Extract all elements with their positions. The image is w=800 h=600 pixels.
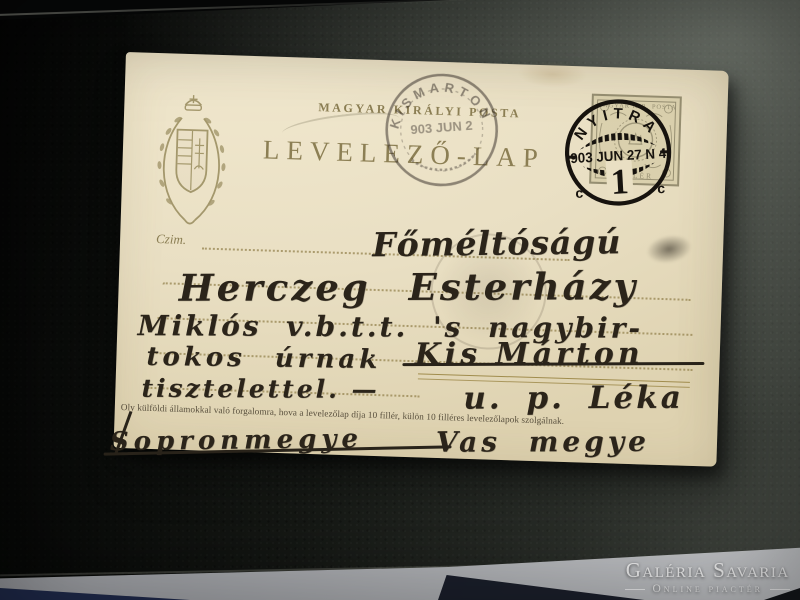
handwritten-closing: tisztelettel. —: [141, 374, 379, 404]
address-label: Czim.: [156, 231, 186, 248]
svg-text:1: 1: [610, 161, 630, 202]
nyitra-postmark: NYITRA 903 JUN 27 N 4 1 c c: [557, 91, 679, 213]
postcard: MAGYAR KIRÁLYI POSTA LEVELEZŐ-LAP Czim. …: [114, 52, 729, 467]
foxing-stain: [517, 60, 588, 88]
svg-text:903 JUN 2: 903 JUN 2: [410, 118, 473, 138]
watermark-subtitle-text: Online piactér: [652, 583, 763, 595]
photo-of-postcard: MAGYAR KIRÁLYI POSTA LEVELEZŐ-LAP Czim. …: [0, 0, 800, 600]
watermark-subtitle: Online piactér: [625, 583, 790, 595]
hungarian-coat-of-arms-icon: [148, 91, 235, 244]
svg-text:c: c: [657, 180, 666, 196]
handwritten-county: Vas megye: [436, 425, 650, 459]
handwritten-town-struck: Kis Márton: [415, 336, 644, 372]
strike-line: [402, 362, 704, 366]
watermark: Galéria Savaria Online piactér: [625, 558, 790, 595]
kismarton-postmark: KISMARTON 903 JUN 2: [377, 66, 505, 194]
watermark-title: Galéria Savaria: [625, 558, 790, 583]
ink-smudge: [644, 231, 694, 267]
handwritten-titles-cont: tokos úrnak: [146, 342, 381, 375]
handwritten-honorific: Főméltóságú: [372, 222, 622, 264]
svg-text:c: c: [575, 185, 584, 201]
handwritten-post-office: u. p. Léka: [463, 380, 684, 417]
handwritten-name: Herczeg Esterházy: [179, 264, 639, 310]
